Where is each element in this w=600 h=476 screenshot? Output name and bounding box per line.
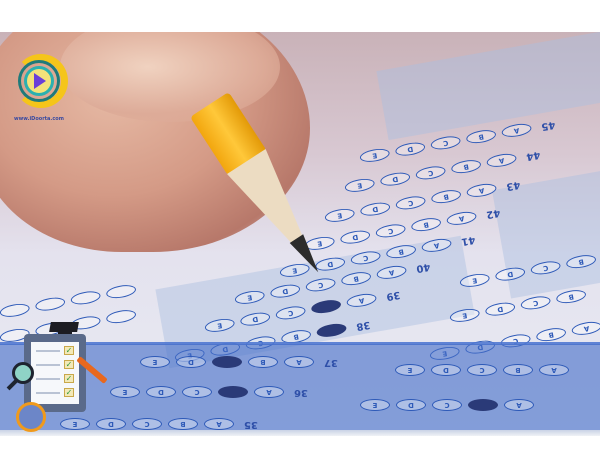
bubble[interactable]: A (254, 386, 284, 398)
stopwatch-icon (16, 402, 46, 432)
checkmark-icon: ✓ (64, 346, 74, 355)
bubble[interactable] (105, 283, 137, 300)
bubble[interactable]: A (539, 364, 569, 376)
question-number: 44 (525, 148, 541, 161)
bubble[interactable]: B (410, 216, 442, 233)
question-number: 38 (355, 318, 371, 331)
bubble[interactable]: A (504, 399, 534, 411)
logo-text: www.iDoorta.com (8, 116, 70, 122)
bubble[interactable]: D (379, 171, 411, 188)
bubble[interactable]: B (465, 128, 497, 145)
question-row-right-band: E D C A (360, 399, 534, 411)
bubble[interactable]: C (432, 399, 462, 411)
bubble[interactable]: E (344, 177, 376, 194)
bubble[interactable]: C (467, 364, 497, 376)
brand-logo[interactable]: www.iDoorta.com (8, 54, 70, 130)
bubble[interactable]: C (395, 194, 427, 211)
bubble[interactable]: C (132, 418, 162, 430)
bubble-filled[interactable] (218, 386, 248, 398)
bubble[interactable]: D (359, 201, 391, 218)
bubble[interactable]: C (182, 386, 212, 398)
bubble[interactable]: D (484, 301, 516, 318)
bubble[interactable] (0, 302, 31, 319)
bubble[interactable]: D (431, 364, 461, 376)
checklist-line (36, 364, 60, 366)
bubble-filled[interactable] (212, 356, 242, 368)
shaded-panel (376, 32, 600, 140)
bubble[interactable]: B (503, 364, 533, 376)
bubble[interactable]: B (430, 188, 462, 205)
bubble[interactable]: A (571, 320, 600, 337)
bubble[interactable]: B (248, 356, 278, 368)
checkmark-icon: ✓ (64, 374, 74, 383)
bubble[interactable]: D (176, 356, 206, 368)
question-number: 45 (540, 118, 556, 131)
question-number: 37 (324, 357, 338, 368)
bubble[interactable]: C (430, 134, 462, 151)
question-row-right-band: E D C B A (395, 364, 569, 376)
question-row-36: E D C A 36 (110, 386, 308, 398)
checkmark-icon: ✓ (64, 388, 74, 397)
bubble[interactable]: B (450, 158, 482, 175)
bubble[interactable]: B (555, 288, 587, 305)
checklist-line (36, 378, 60, 380)
checkmark-icon: ✓ (64, 360, 74, 369)
checklist-line (36, 392, 60, 394)
question-number: 40 (415, 260, 431, 273)
bubble[interactable]: D (394, 141, 426, 158)
bubble[interactable]: E (360, 399, 390, 411)
bubble-filled[interactable] (468, 399, 498, 411)
bubble[interactable]: D (396, 399, 426, 411)
question-number: 36 (294, 387, 308, 398)
bubble[interactable]: B (535, 326, 567, 343)
question-row-37: E D B A 37 (140, 356, 338, 368)
bubble[interactable]: E (110, 386, 140, 398)
bubble[interactable] (70, 289, 102, 306)
checklist-line (36, 350, 60, 352)
question-number: 41 (460, 233, 476, 246)
bubble[interactable]: C (375, 222, 407, 239)
bubble[interactable]: C (520, 294, 552, 311)
question-number: 39 (385, 288, 401, 301)
bubble[interactable]: D (339, 229, 371, 246)
bubble[interactable]: B (168, 418, 198, 430)
bubble[interactable]: D (146, 386, 176, 398)
clipboard-checklist-illustration: ✓ ✓ ✓ ✓ (4, 322, 114, 432)
bubble[interactable]: A (204, 418, 234, 430)
question-number: 43 (505, 178, 521, 191)
photo-frame: E D C B A 45 E D C B A 44 E D C B A 43 E… (0, 32, 600, 436)
bubble[interactable]: A (284, 356, 314, 368)
bubble[interactable]: A (486, 152, 518, 169)
bubble[interactable]: E (359, 147, 391, 164)
bubble[interactable] (34, 296, 66, 313)
question-number: 42 (485, 206, 501, 219)
magnifier-handle (7, 378, 20, 391)
bubble[interactable]: A (446, 210, 478, 227)
bubble[interactable]: C (415, 164, 447, 181)
question-number: 35 (244, 419, 258, 430)
bubble[interactable]: E (395, 364, 425, 376)
bubble[interactable]: E (140, 356, 170, 368)
play-icon (34, 73, 46, 89)
bubble[interactable]: A (501, 122, 533, 139)
